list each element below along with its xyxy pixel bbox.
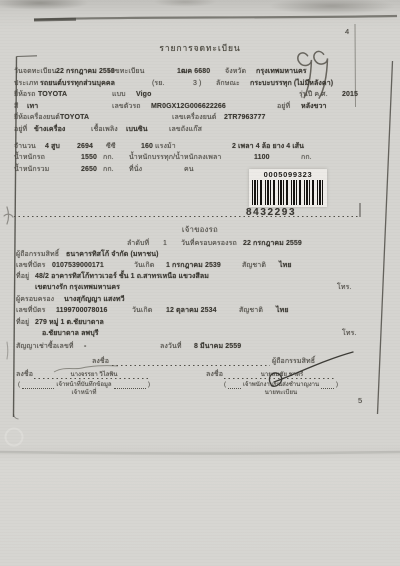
hp-contract-label: สัญญาเช่าซื้อเลขที่ [16,342,74,351]
barcode-number: 0005099323 [249,170,327,179]
form-border-top-left-tick [17,56,38,57]
holder-card-label: เลขที่บัตร [16,261,46,270]
officer-role-paren-line: ( เจ้าหน้าที่บันทึกข้อมูล ) [18,381,150,389]
cut-dotted-line [14,216,360,217]
holder-sign-role: ผู้ถือกรรมสิทธิ์ [272,357,315,366]
scan-top-edge-dark-segment [34,19,76,20]
holder-address-line2: เขตบางรัก กรุงเทพมหานคร [35,283,120,292]
holder-address-label: ที่อยู่ [16,272,29,281]
contract-date-value: 8 มีนาคม 2559 [194,342,241,351]
car-weight-value: 1550 [81,153,97,162]
form-border-left-foot [14,414,19,419]
horsepower-label: แรงม้า [155,142,176,151]
cylinders-label: จำนวน [14,142,36,151]
possessor-label: ผู้ครอบครอง [16,295,54,304]
type-value: รถยนต์บรรทุกส่วนบุคคล [40,79,115,88]
holder-card-number: 0107539000171 [52,261,104,270]
fuel-label: เชื้อเพลิง [91,125,118,134]
vin-label: เลขตัวรถ [112,102,141,111]
form-border-right [378,61,393,414]
engine-brand-label: ยี่ห้อเครื่องยนต์ [14,113,60,122]
year-value: 2015 [342,90,358,99]
engine-no-label: เลขเครื่องยนต์ [172,113,216,122]
pen-mark-stroke-2 [4,214,13,217]
cut-stamp-number: 8432293 [246,208,296,217]
reg-date-value: 22 กรกฎาคม 2559 [56,67,115,76]
brand-value: TOYOTA [38,90,67,99]
possessor-card-label: เลขที่บัตร [16,306,46,315]
reg-date-label: วันจดทะเบียน [14,67,56,76]
sequence-label: ลำดับที่ [127,239,149,248]
seats-unit-label: คน [184,165,194,174]
seats-label: ที่นั่ง [129,165,142,174]
hp-contract-number: - [84,342,86,351]
possession-date-label: วันที่ครอบครองรถ [181,239,237,248]
type-code-open: (รย. [152,79,165,88]
holder-birth-label: วันเกิด [134,261,154,270]
body-shape-value: กระบะบรรทุก (ไม่มีหลังคา) [250,79,333,88]
possessor-name: นางสุกัญญา แสงทวี [64,295,125,304]
engine-location-value: ข้างเครื่อง [34,125,65,134]
possessor-phone-label: โทร. [342,329,356,338]
plate-label: เลขทะเบียน [108,67,144,76]
model-value: Vigo [136,90,151,99]
document-title: รายการจดทะเบียน [0,44,400,53]
year-label: รุ่นปี ค.ศ. [299,90,328,99]
cylinders-value: 4 สูบ [45,142,60,151]
holder-birth-value: 1 กรกฎาคม 2539 [166,261,221,270]
load-weight-value: 1100 [254,153,270,162]
officer-role-title: เจ้าหน้าที่ [18,389,150,397]
scan-page-bottom-seam [0,452,400,454]
fuel-value: เบนซิน [126,125,148,134]
brand-label: ยี่ห้อรถ [14,90,35,99]
holder-phone-label: โทร. [337,283,351,292]
holder-address-line1: 48/2 อาคารทิสโก้ทาวเวอร์ ชั้น 1 ถ.สาทรเห… [35,272,209,281]
cc-value: 2694 [77,142,93,151]
scan-top-edge-line [34,16,397,20]
engine-brand-value: TOYOTA [60,113,89,122]
color-label: สี [14,102,18,111]
paren-open: ( [18,381,20,389]
possessor-birth-label: วันเกิด [132,306,152,315]
holder-name: ธนาคารทิสโก้ จำกัด (มหาชน) [66,250,159,259]
scan-ring-artifact [6,429,23,446]
engine-location-label: อยู่ที่ [14,125,27,134]
type-label: ประเภท [14,79,38,88]
form-border-left [14,57,17,418]
total-weight-label: น้ำหนักรวม [14,165,49,174]
possessor-nationality-label: สัญชาติ [239,306,263,315]
model-label: แบบ [112,90,126,99]
officer-sign-label: ลงชื่อ [16,370,33,379]
sequence-value: 1 [163,239,167,248]
gas-tank-label: เลขถังแก๊ส [169,125,202,134]
owner-section-header: เจ้าของรถ [0,225,400,234]
load-weight-label: น้ำหนักบรรทุก/น้ำหนักลงเพลา [129,153,221,162]
page-number-top: 4 [345,27,349,36]
pen-mark-stroke-3 [7,342,8,359]
vin-location-label: อยู่ที่ [277,102,290,111]
body-shape-label: ลักษณะ [216,79,240,88]
registrar-sign-label: ลงชื่อ [206,370,223,379]
paren-close: ) [336,381,338,389]
engine-no-value: 2TR7963777 [224,113,265,122]
paren-close: ) [148,381,150,389]
officer-printed-name: นางจรรยา วิไลพิน [44,371,144,379]
margin-pen-mark-2 [4,340,12,362]
contract-date-label: ลงวันที่ [160,342,182,351]
pen-mark-stroke-1 [7,207,9,224]
cc-label: ซีซี [106,142,116,151]
possessor-card-number: 1199700078016 [56,306,108,315]
holder-nationality-label: สัญชาติ [242,261,266,270]
type-code-number: 3 ) [193,79,201,88]
car-weight-label: น้ำหนักรถ [14,153,45,162]
plate-value: 1ฒค 6680 [177,67,210,76]
car-weight-unit: กก. [103,153,114,162]
page-number-bottom: 5 [358,396,362,405]
registrar-role-paren-text: เจ้าพนักงานขนส่งชำนาญงาน [243,381,319,389]
province-value: กรุงเทพมหานคร [256,67,307,76]
holder-nationality-value: ไทย [279,261,292,270]
scanned-registration-document: 4 5 รายการจดทะเบียน วันจดทะเบียน 22 กรกฎ… [0,0,400,566]
vin-location-value: หลังขวา [301,102,327,111]
province-label: จังหวัด [225,67,246,76]
barcode-bars [252,180,324,205]
paren-open: ( [224,381,226,389]
holder-sign-label: ลงชื่อ [92,357,109,366]
vin-value: MR0GX12G006622266 [151,102,226,111]
registrar-printed-name: นายสมชัย ชาตรี [232,371,332,379]
load-weight-unit: กก. [301,153,312,162]
total-weight-unit: กก. [103,165,114,174]
possessor-address-line2: อ.ชัยบาดาล ลพบุรี [42,329,99,338]
officer-role-paren-text: เจ้าหน้าที่บันทึกข้อมูล [56,381,111,389]
axles-wheels-tyres-value: 2 เพลา 4 ล้อ ยาง 4 เส้น [232,142,304,151]
horsepower-value: 160 [141,142,153,151]
possessor-address-line1: 279 หมู่ 1 ต.ชัยบาดาล [35,318,104,327]
barcode: 0005099323 [249,169,327,207]
color-value: เทา [27,102,38,111]
holder-signature-line [112,365,270,366]
possessor-address-label: ที่อยู่ [16,318,29,327]
possession-date-value: 22 กรกฎาคม 2559 [243,239,302,248]
possessor-nationality-value: ไทย [276,306,289,315]
holder-label: ผู้ถือกรรมสิทธิ์ [16,250,59,259]
possessor-birth-value: 12 ตุลาคม 2534 [166,306,217,315]
registrar-role-title: นายทะเบียน [224,389,338,397]
registrar-role-paren-line: ( เจ้าพนักงานขนส่งชำนาญงาน ) [224,381,338,389]
total-weight-value: 2650 [81,165,97,174]
